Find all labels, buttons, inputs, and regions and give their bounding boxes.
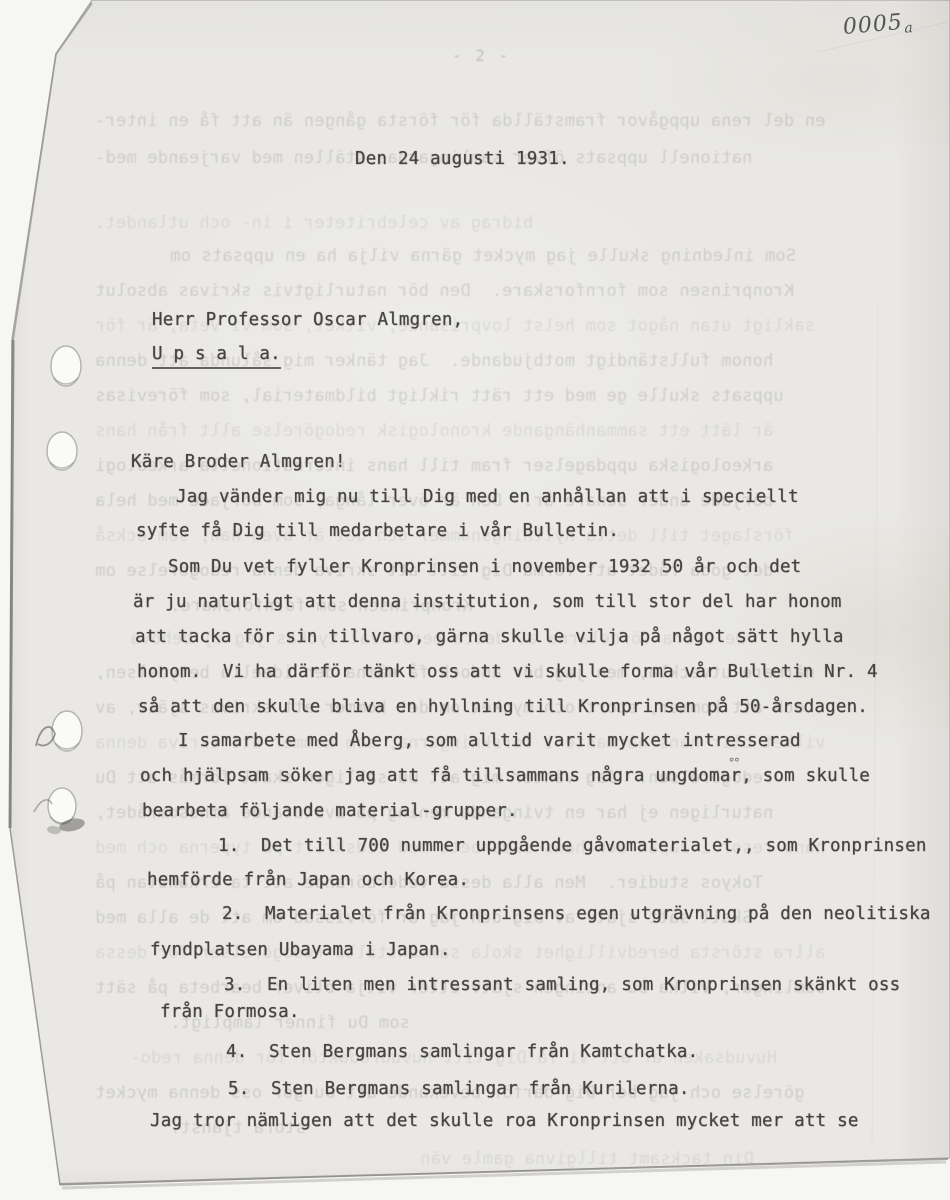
archive-number-text: 0005 <box>842 10 904 40</box>
paper-sheet <box>0 0 950 1200</box>
correction-mark: °° <box>728 756 738 770</box>
paper-shape <box>10 0 950 1185</box>
scanned-letter-page: en del rena uppgåvor framställda för för… <box>0 0 950 1200</box>
ghost-page-number: - 2 - <box>452 46 510 65</box>
archive-number-suffix: a <box>904 20 915 37</box>
